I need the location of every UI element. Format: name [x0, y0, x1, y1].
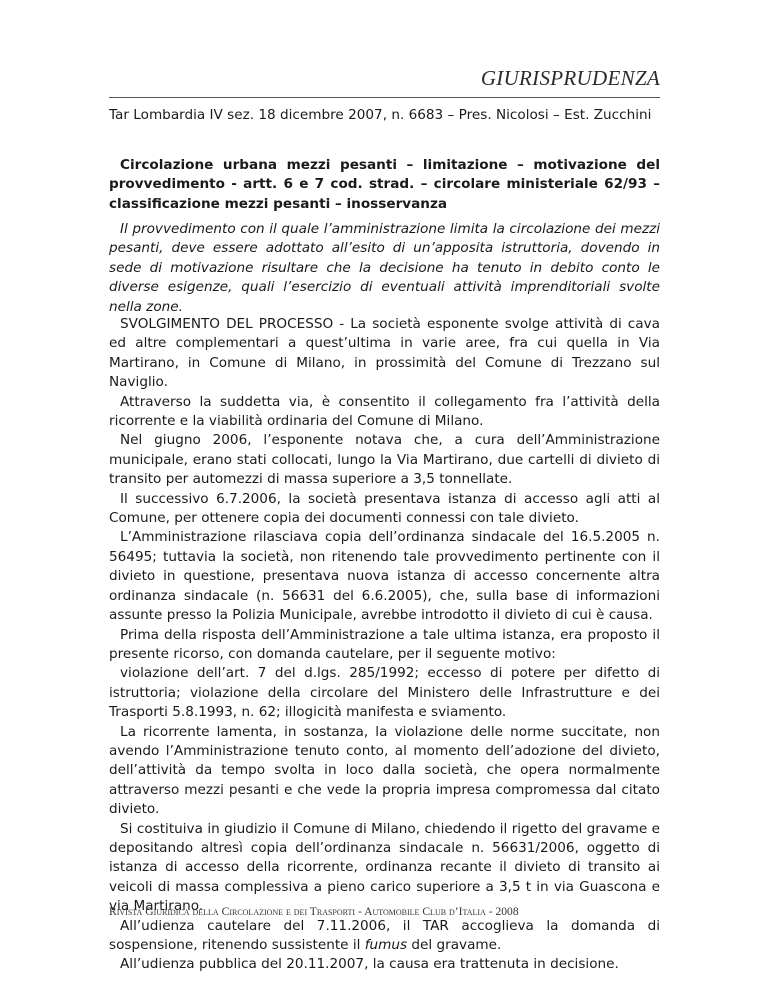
header-rule [109, 97, 660, 98]
paragraph: Il successivo 6.7.2006, la società prese… [109, 490, 660, 529]
section-title: GIURISPRUDENZA [481, 66, 660, 91]
case-citation: Tar Lombardia IV sez. 18 dicembre 2007, … [109, 106, 660, 125]
headnote-title: Circolazione urbana mezzi pesanti – limi… [109, 156, 660, 214]
page-footer: Rivista Giuridica della Circolazione e d… [109, 905, 519, 918]
headnote-maxim: Il provvedimento con il quale l’amminist… [109, 220, 660, 317]
judgment-text: SVOLGIMENTO DEL PROCESSO - La società es… [109, 315, 660, 975]
paragraph: La ricorrente lamenta, in sostanza, la v… [109, 723, 660, 820]
paragraph: Nel giugno 2006, l’esponente notava che,… [109, 431, 660, 489]
paragraph: L’Amministrazione rilasciava copia dell’… [109, 528, 660, 625]
paragraph: Attraverso la suddetta via, è consentito… [109, 393, 660, 432]
paragraph: violazione dell’art. 7 del d.lgs. 285/19… [109, 664, 660, 722]
paragraph: Prima della risposta dell’Amministrazion… [109, 626, 660, 665]
italic-term: fumus [365, 937, 407, 953]
paragraph-text: del gravame. [407, 937, 501, 953]
paragraph-fumus: All’udienza cautelare del 7.11.2006, il … [109, 917, 660, 956]
paragraph: All’udienza pubblica del 20.11.2007, la … [109, 955, 660, 974]
paragraph: SVOLGIMENTO DEL PROCESSO - La società es… [109, 315, 660, 393]
paragraph: Si costituiva in giudizio il Comune di M… [109, 820, 660, 917]
